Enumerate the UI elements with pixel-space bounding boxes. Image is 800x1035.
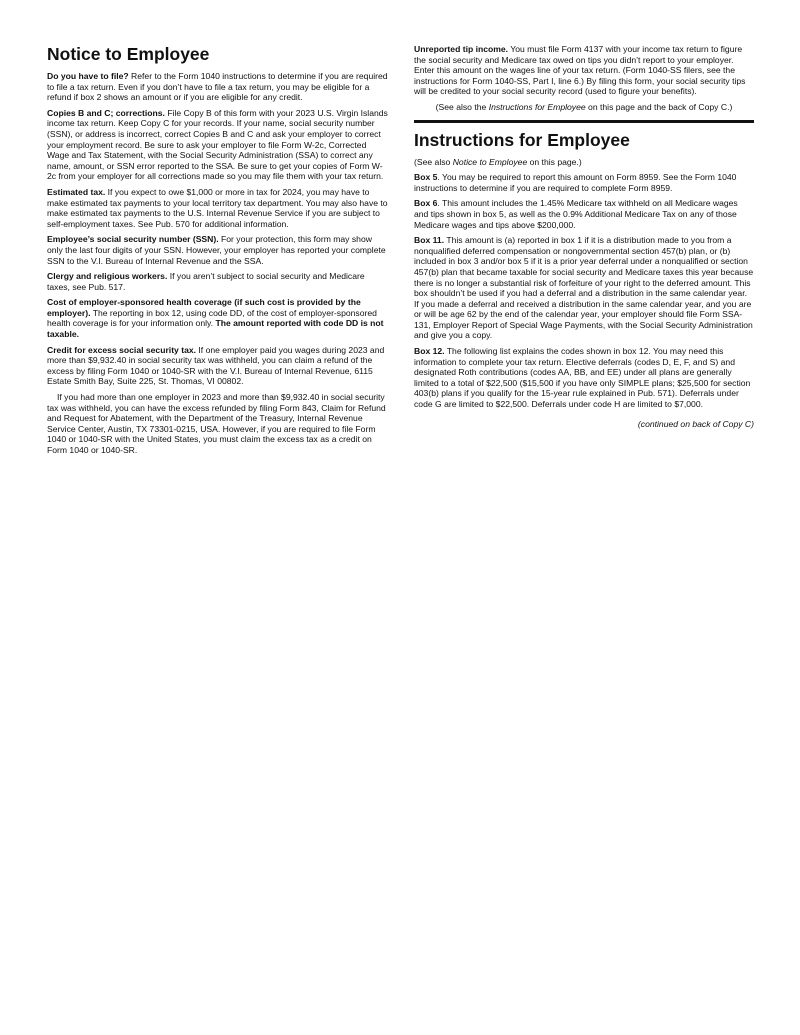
paragraph-do-you-have-to-file: Do you have to file? Refer to the Form 1… <box>47 71 388 103</box>
paragraph-ssn: Employee’s social security number (SSN).… <box>47 234 388 266</box>
notice-title: Notice to Employee <box>47 44 388 64</box>
paragraph-lead: Clergy and religious workers. <box>47 271 167 281</box>
paragraph-lead: Estimated tax. <box>47 187 105 197</box>
paragraph-lead: Box 6 <box>414 198 437 208</box>
paragraph-box-12: Box 12. The following list explains the … <box>414 346 754 410</box>
paragraph-lead: Do you have to file? <box>47 71 129 81</box>
paragraph-box-6: Box 6. This amount includes the 1.45% Me… <box>414 198 754 230</box>
paragraph-lead: Box 11. <box>414 235 444 245</box>
paragraph-excess-ss-credit: Credit for excess social security tax. I… <box>47 345 388 387</box>
paragraph-clergy: Clergy and religious workers. If you are… <box>47 271 388 292</box>
paragraph-copies-corrections: Copies B and C; corrections. File Copy B… <box>47 108 388 182</box>
paragraph-lead: Box 12. <box>414 346 445 356</box>
section-divider <box>414 120 754 123</box>
paragraph-lead: Box 5 <box>414 172 437 182</box>
right-column: Unreported tip income. You must file For… <box>414 44 754 434</box>
paragraph-lead: Unreported tip income. <box>414 44 508 54</box>
paragraph-lead: Employee’s social security number (SSN). <box>47 234 219 244</box>
continued-note: (continued on back of Copy C) <box>414 419 754 430</box>
paragraph-estimated-tax: Estimated tax. If you expect to owe $1,0… <box>47 187 388 229</box>
paragraph-unreported-tips: Unreported tip income. You must file For… <box>414 44 754 97</box>
paragraph-lead: Credit for excess social security tax. <box>47 345 196 355</box>
paragraph-box-11: Box 11. This amount is (a) reported in b… <box>414 235 754 341</box>
paragraph-box-5: Box 5. You may be required to report thi… <box>414 172 754 193</box>
paragraph-health-coverage: Cost of employer-sponsored health covera… <box>47 297 388 339</box>
paragraph-multiple-employers: If you had more than one employer in 202… <box>47 392 388 456</box>
see-also-instructions: (See also the Instructions for Employee … <box>414 102 754 113</box>
paragraph-lead: Copies B and C; corrections. <box>47 108 165 118</box>
instructions-title: Instructions for Employee <box>414 130 754 150</box>
see-also-notice: (See also Notice to Employee on this pag… <box>414 157 754 168</box>
notice-column: Notice to Employee Do you have to file? … <box>47 44 388 461</box>
